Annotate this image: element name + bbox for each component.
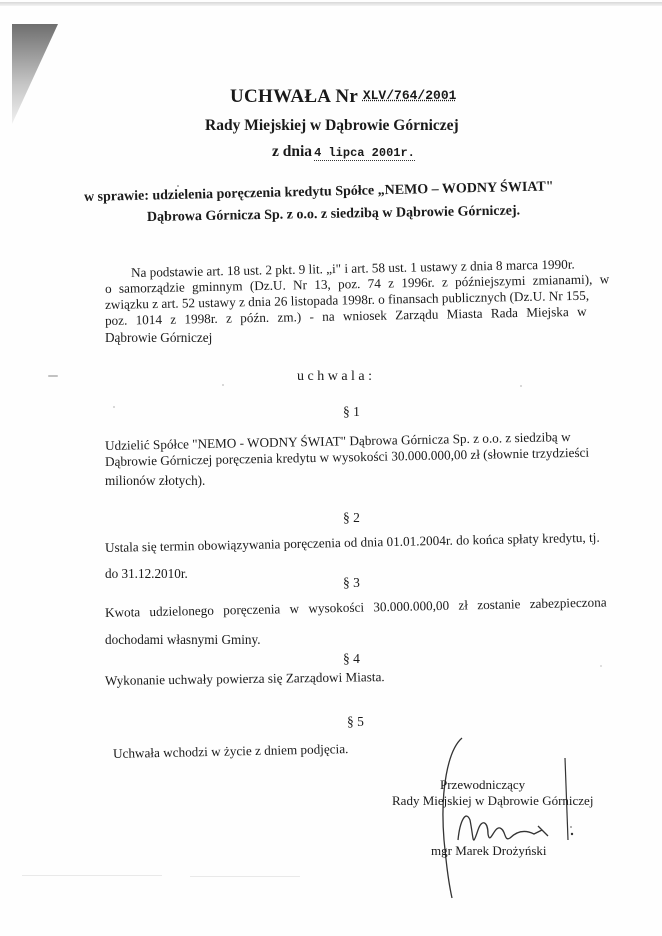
resolution-title: UCHWAŁA Nr XLV/764/2001 xyxy=(230,86,456,108)
section-line: milionów złotych). xyxy=(105,473,205,489)
scan-speck xyxy=(600,665,602,667)
title-prefix: UCHWAŁA Nr xyxy=(230,86,358,107)
scan-edge xyxy=(0,2,662,6)
section-line: do 31.12.2010r. xyxy=(105,566,188,582)
council-name: Rady Miejskiej w Dąbrowie Górniczej xyxy=(205,117,459,135)
date-value: 4 lipca 2001r. xyxy=(314,146,415,161)
signatory-role: Przewodniczący xyxy=(440,777,525,793)
resolution-number: XLV/764/2001 xyxy=(363,88,457,103)
section-2-mark: § 2 xyxy=(343,510,360,526)
show-through-line xyxy=(190,876,300,877)
section-1-mark: § 1 xyxy=(343,404,360,420)
scanned-page: UCHWAŁA Nr XLV/764/2001 Rady Miejskiej w… xyxy=(0,0,662,936)
handwritten-signature xyxy=(430,730,590,900)
scan-speck xyxy=(113,406,115,408)
subject-line-1: w sprawie: udzielenia poręczenia kredytu… xyxy=(84,179,554,206)
resolves-heading: uchwala: xyxy=(297,369,376,385)
signatory-name: mgr Marek Drożyński xyxy=(431,843,547,859)
section-4-text: Wykonanie uchwały powierza się Zarządowi… xyxy=(105,669,385,689)
scan-speck xyxy=(570,826,572,828)
section-line: Kwota udzielonego poręczenia w wysokości… xyxy=(105,594,607,621)
subject-line-2: Dąbrowa Górnicza Sp. z o.o. z siedzibą w… xyxy=(147,203,520,226)
scan-speck xyxy=(48,375,58,377)
date-prefix: z dnia xyxy=(272,143,312,160)
scan-speck xyxy=(222,384,224,386)
resolution-date: z dnia4 lipca 2001r. xyxy=(272,143,415,161)
preamble-line: Dąbrowie Górniczej xyxy=(105,330,212,346)
scan-speck xyxy=(520,385,522,387)
scan-speck xyxy=(177,185,179,187)
section-line: dochodami własnymi Gminy. xyxy=(105,632,261,648)
corner-fold-mark xyxy=(12,24,58,124)
show-through-line xyxy=(22,875,162,876)
section-4-mark: § 4 xyxy=(343,651,360,667)
section-line: Ustala się termin obowiązywania poręczen… xyxy=(105,530,600,556)
section-5-mark: § 5 xyxy=(347,714,364,730)
signatory-body: Rady Miejskiej w Dąbrowie Górniczej xyxy=(392,793,593,809)
section-3-mark: § 3 xyxy=(343,575,360,591)
section-5-text: Uchwała wchodzi w życie z dniem podjęcia… xyxy=(113,741,349,762)
